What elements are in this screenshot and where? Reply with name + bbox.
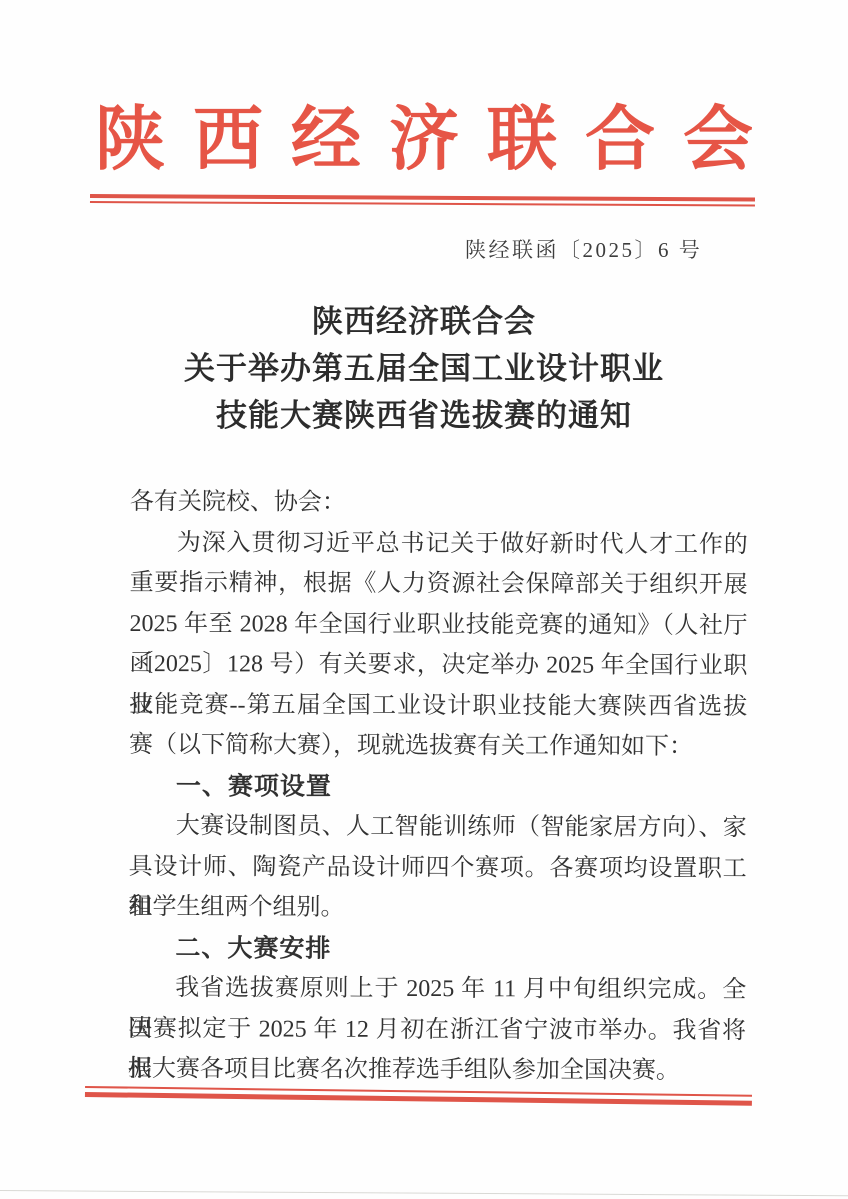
body-line: 据大赛各项目比赛名次推荐选手组队参加全国决赛。: [128, 1049, 746, 1092]
scan-edge-artifact: [0, 1190, 848, 1196]
body-line: 二、大赛安排: [128, 927, 746, 970]
body-line: 赛（以下简称大赛），现就选拔赛有关工作通知如下：: [129, 725, 747, 768]
document-number: 陕经联函〔2025〕6 号: [465, 234, 702, 264]
body-line: 大赛设制图员、人工智能训练师（智能家居方向）、家: [129, 806, 747, 849]
body-line: 技能竞赛--第五届全国工业设计职业技能大赛陕西省选拔: [129, 684, 747, 727]
scanned-document-page: 陕西经济联合会 陕经联函〔2025〕6 号 陕西经济联合会 关于举办第五届全国工…: [0, 0, 848, 1199]
body-line: 我省选拔赛原则上于 2025 年 11 月中旬组织完成。全国: [128, 968, 746, 1011]
letterhead-double-rule: [90, 194, 755, 206]
body-line: 决赛拟定于 2025 年 12 月初在浙江省宁波市举办。我省将根: [128, 1008, 746, 1051]
document-body: 各有关院校、协会：为深入贯彻习近平总书记关于做好新时代人才工作的重要指示精神，根…: [128, 482, 748, 1092]
body-line: 〔2025〕128 号）有关要求，决定举办 2025 年全国行业职业: [129, 644, 747, 687]
document-title: 陕西经济联合会 关于举办第五届全国工业设计职业 技能大赛陕西省选拔赛的通知: [0, 298, 848, 439]
title-line-3: 技能大赛陕西省选拔赛的通知: [0, 392, 848, 439]
letterhead-org-name: 陕西经济联合会: [0, 101, 848, 181]
body-line: 重要指示精神，根据《人力资源社会保障部关于组织开展: [130, 563, 748, 606]
title-line-1: 陕西经济联合会: [0, 298, 848, 345]
body-line: 为深入贯彻习近平总书记关于做好新时代人才工作的: [130, 522, 748, 565]
title-line-2: 关于举办第五届全国工业设计职业: [0, 345, 848, 392]
body-line: 具设计师、陶瓷产品设计师四个赛项。各赛项均设置职工组: [129, 846, 747, 889]
body-line: 各有关院校、协会：: [130, 482, 748, 525]
body-line: 和学生组两个组别。: [128, 887, 746, 930]
body-line: 一、赛项设置: [129, 765, 747, 808]
body-line: 2025 年至 2028 年全国行业职业技能竞赛的通知》（人社厅函: [129, 603, 747, 646]
